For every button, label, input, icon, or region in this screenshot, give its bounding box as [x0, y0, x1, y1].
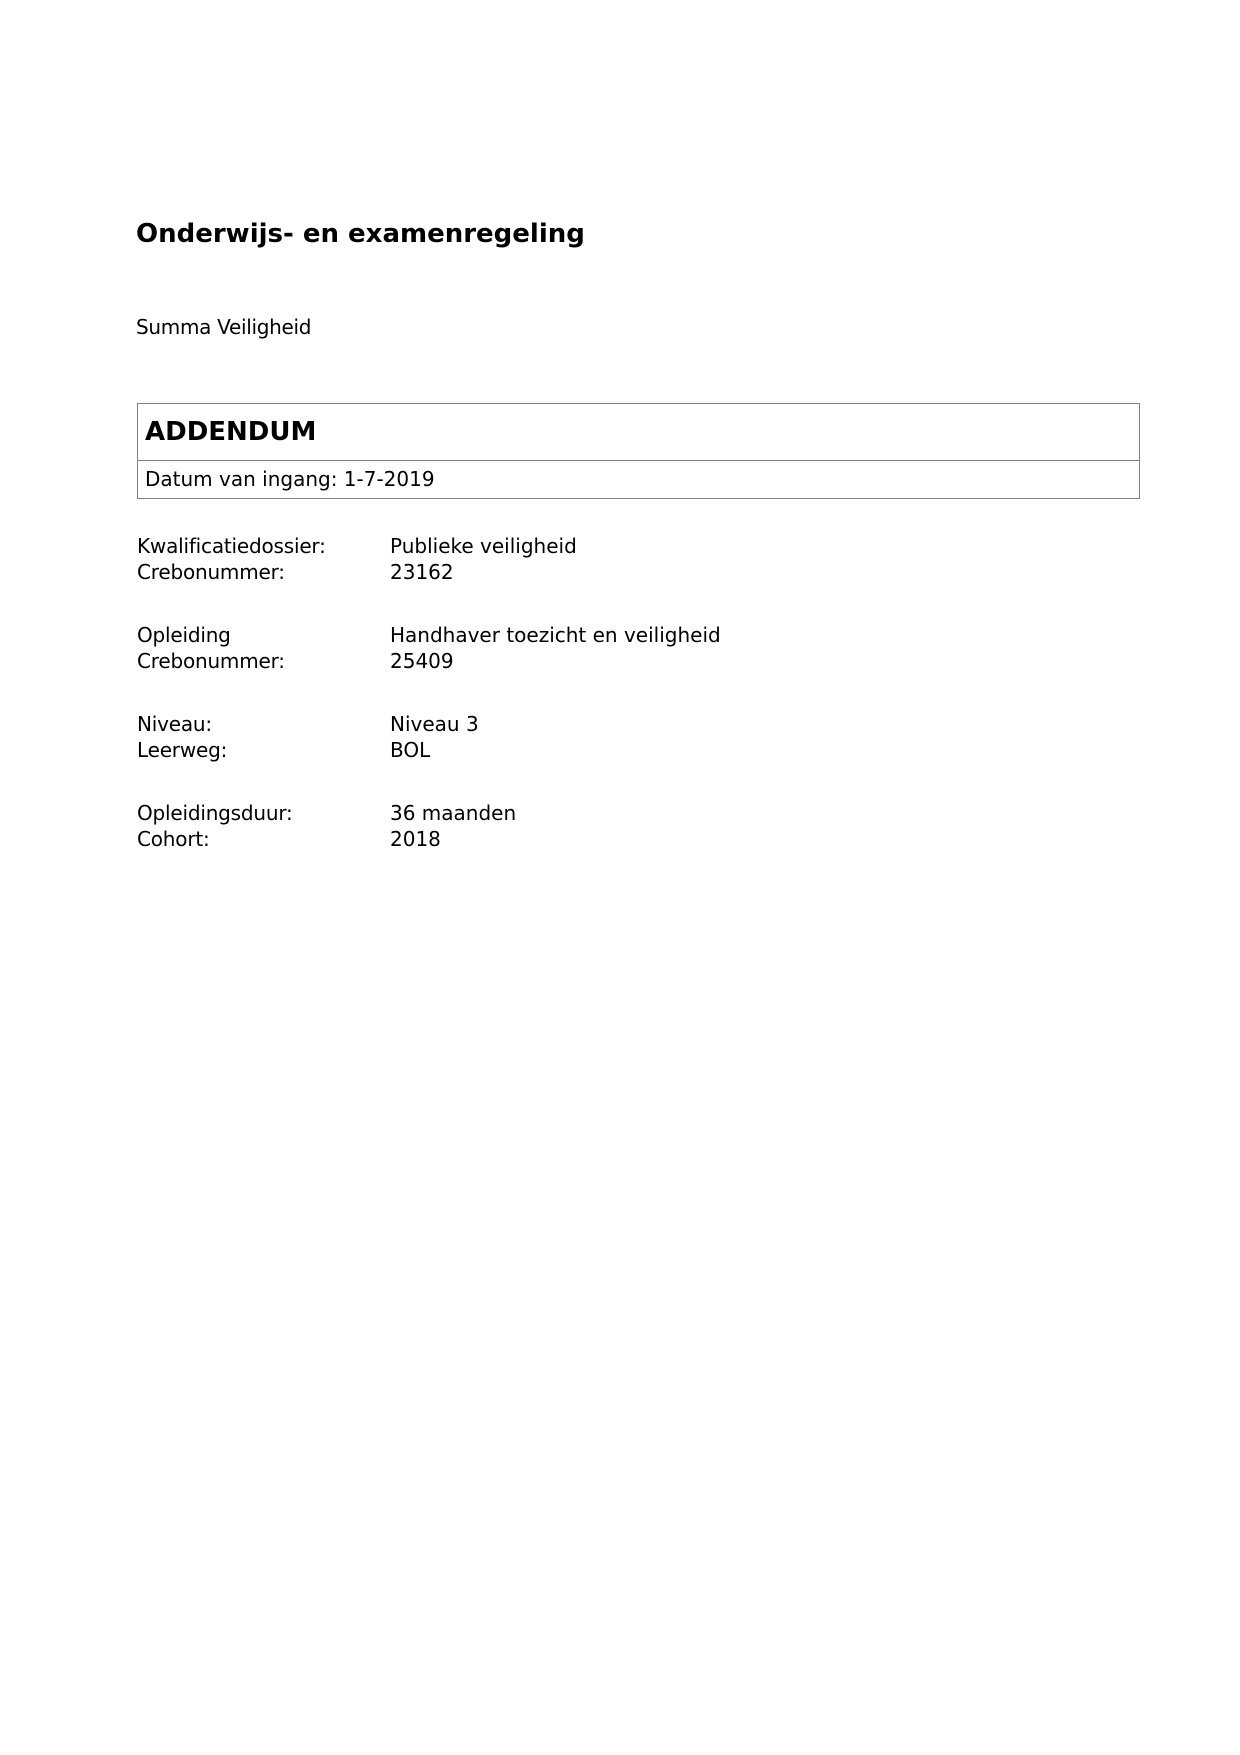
detail-value: BOL: [390, 737, 1037, 763]
detail-label: Cohort:: [137, 826, 390, 852]
detail-row: Crebonummer: 25409: [137, 648, 1037, 674]
detail-label: Crebonummer:: [137, 648, 390, 674]
detail-value: Publieke veiligheid: [390, 533, 1037, 559]
detail-group-duration: Opleidingsduur: 36 maanden Cohort: 2018: [137, 800, 1037, 889]
effective-date: Datum van ingang: 1-7-2019: [138, 461, 1139, 498]
detail-row: Kwalificatiedossier: Publieke veiligheid: [137, 533, 1037, 559]
detail-value: 23162: [390, 559, 1037, 585]
detail-row: Niveau: Niveau 3: [137, 711, 1037, 737]
detail-value: 2018: [390, 826, 1037, 852]
institution-name: Summa Veiligheid: [136, 314, 311, 340]
detail-label: Opleidingsduur:: [137, 800, 390, 826]
addendum-heading: ADDENDUM: [138, 404, 1139, 461]
detail-group-level: Niveau: Niveau 3 Leerweg: BOL: [137, 711, 1037, 800]
detail-row: Opleidingsduur: 36 maanden: [137, 800, 1037, 826]
detail-label: Opleiding: [137, 622, 390, 648]
detail-row: Crebonummer: 23162: [137, 559, 1037, 585]
detail-row: Cohort: 2018: [137, 826, 1037, 852]
detail-value: 25409: [390, 648, 1037, 674]
detail-label: Kwalificatiedossier:: [137, 533, 390, 559]
detail-value: Handhaver toezicht en veiligheid: [390, 622, 1037, 648]
detail-label: Crebonummer:: [137, 559, 390, 585]
detail-group-programme: Opleiding Handhaver toezicht en veilighe…: [137, 622, 1037, 711]
detail-value: Niveau 3: [390, 711, 1037, 737]
detail-label: Leerweg:: [137, 737, 390, 763]
programme-details: Kwalificatiedossier: Publieke veiligheid…: [137, 533, 1037, 889]
detail-row: Leerweg: BOL: [137, 737, 1037, 763]
detail-label: Niveau:: [137, 711, 390, 737]
detail-group-qualification-dossier: Kwalificatiedossier: Publieke veiligheid…: [137, 533, 1037, 622]
document-title: Onderwijs- en examenregeling: [136, 216, 585, 252]
detail-row: Opleiding Handhaver toezicht en veilighe…: [137, 622, 1037, 648]
addendum-box: ADDENDUM Datum van ingang: 1-7-2019: [137, 403, 1140, 499]
detail-value: 36 maanden: [390, 800, 1037, 826]
